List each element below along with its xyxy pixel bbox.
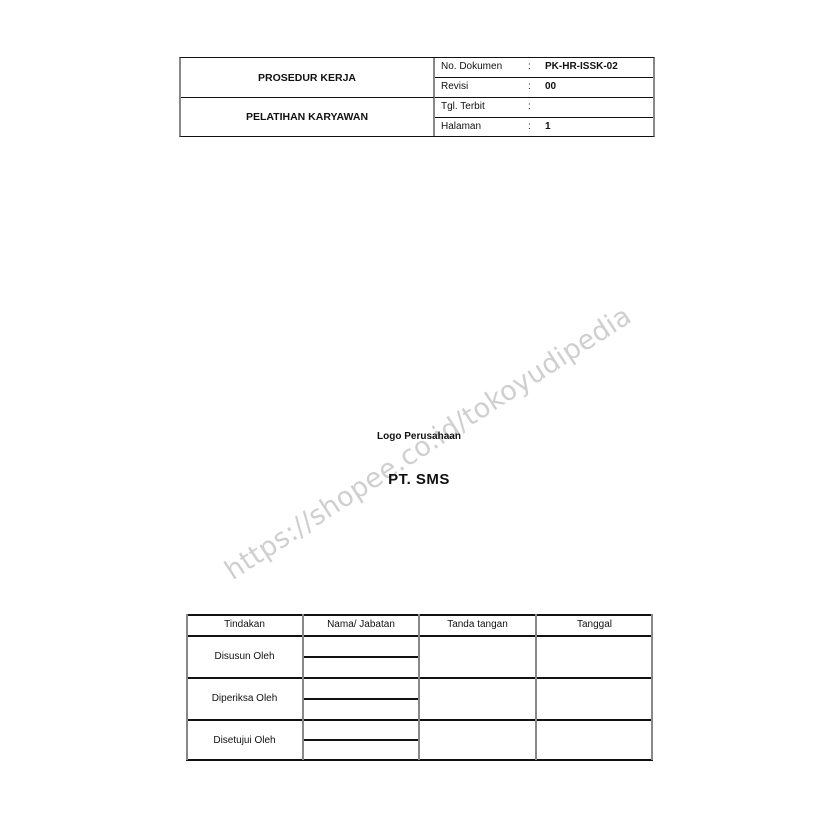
field-value: 00 [545,81,556,92]
column-header-signature: Tanda tangan [419,614,536,635]
column-header-action: Tindakan [186,614,303,635]
field-label: No. Dokumen [441,61,502,72]
field-separator: : [528,121,531,132]
logo-placeholder: Logo Perusahaan [0,431,838,442]
procedure-subject: PELATIHAN KARYAWAN [181,98,435,136]
sub-row-divider [303,739,419,741]
field-separator: : [528,101,531,112]
field-label: Revisi [441,81,468,92]
document-header-table: PROSEDUR KERJA PELATIHAN KARYAWAN No. Do… [179,57,655,137]
approval-table: Tindakan Nama/ Jabatan Tanda tangan Tang… [186,614,653,760]
sub-row-divider [303,656,419,658]
row-label-prepared-by: Disusun Oleh [186,635,303,677]
field-value: 1 [545,121,551,132]
table-border [651,614,653,760]
field-doc-number: No. Dokumen : PK-HR-ISSK-02 [435,58,653,78]
table-border [418,614,420,760]
field-issue-date: Tgl. Terbit : [435,98,653,118]
column-header-name-position: Nama/ Jabatan [303,614,419,635]
row-label-checked-by: Diperiksa Oleh [186,677,303,719]
field-label: Tgl. Terbit [441,101,485,112]
table-border [535,614,537,760]
column-header-date: Tanggal [536,614,653,635]
field-separator: : [528,61,531,72]
watermark: https://shopee.co.id/tokoyudipedia [219,305,630,587]
field-separator: : [528,81,531,92]
row-label-approved-by: Disetujui Oleh [186,719,303,761]
field-revision: Revisi : 00 [435,78,653,98]
field-page: Halaman : 1 [435,118,653,138]
sub-row-divider [303,698,419,700]
company-name: PT. SMS [0,471,838,488]
field-value: PK-HR-ISSK-02 [545,61,618,72]
field-label: Halaman [441,121,481,132]
procedure-title: PROSEDUR KERJA [181,58,435,98]
